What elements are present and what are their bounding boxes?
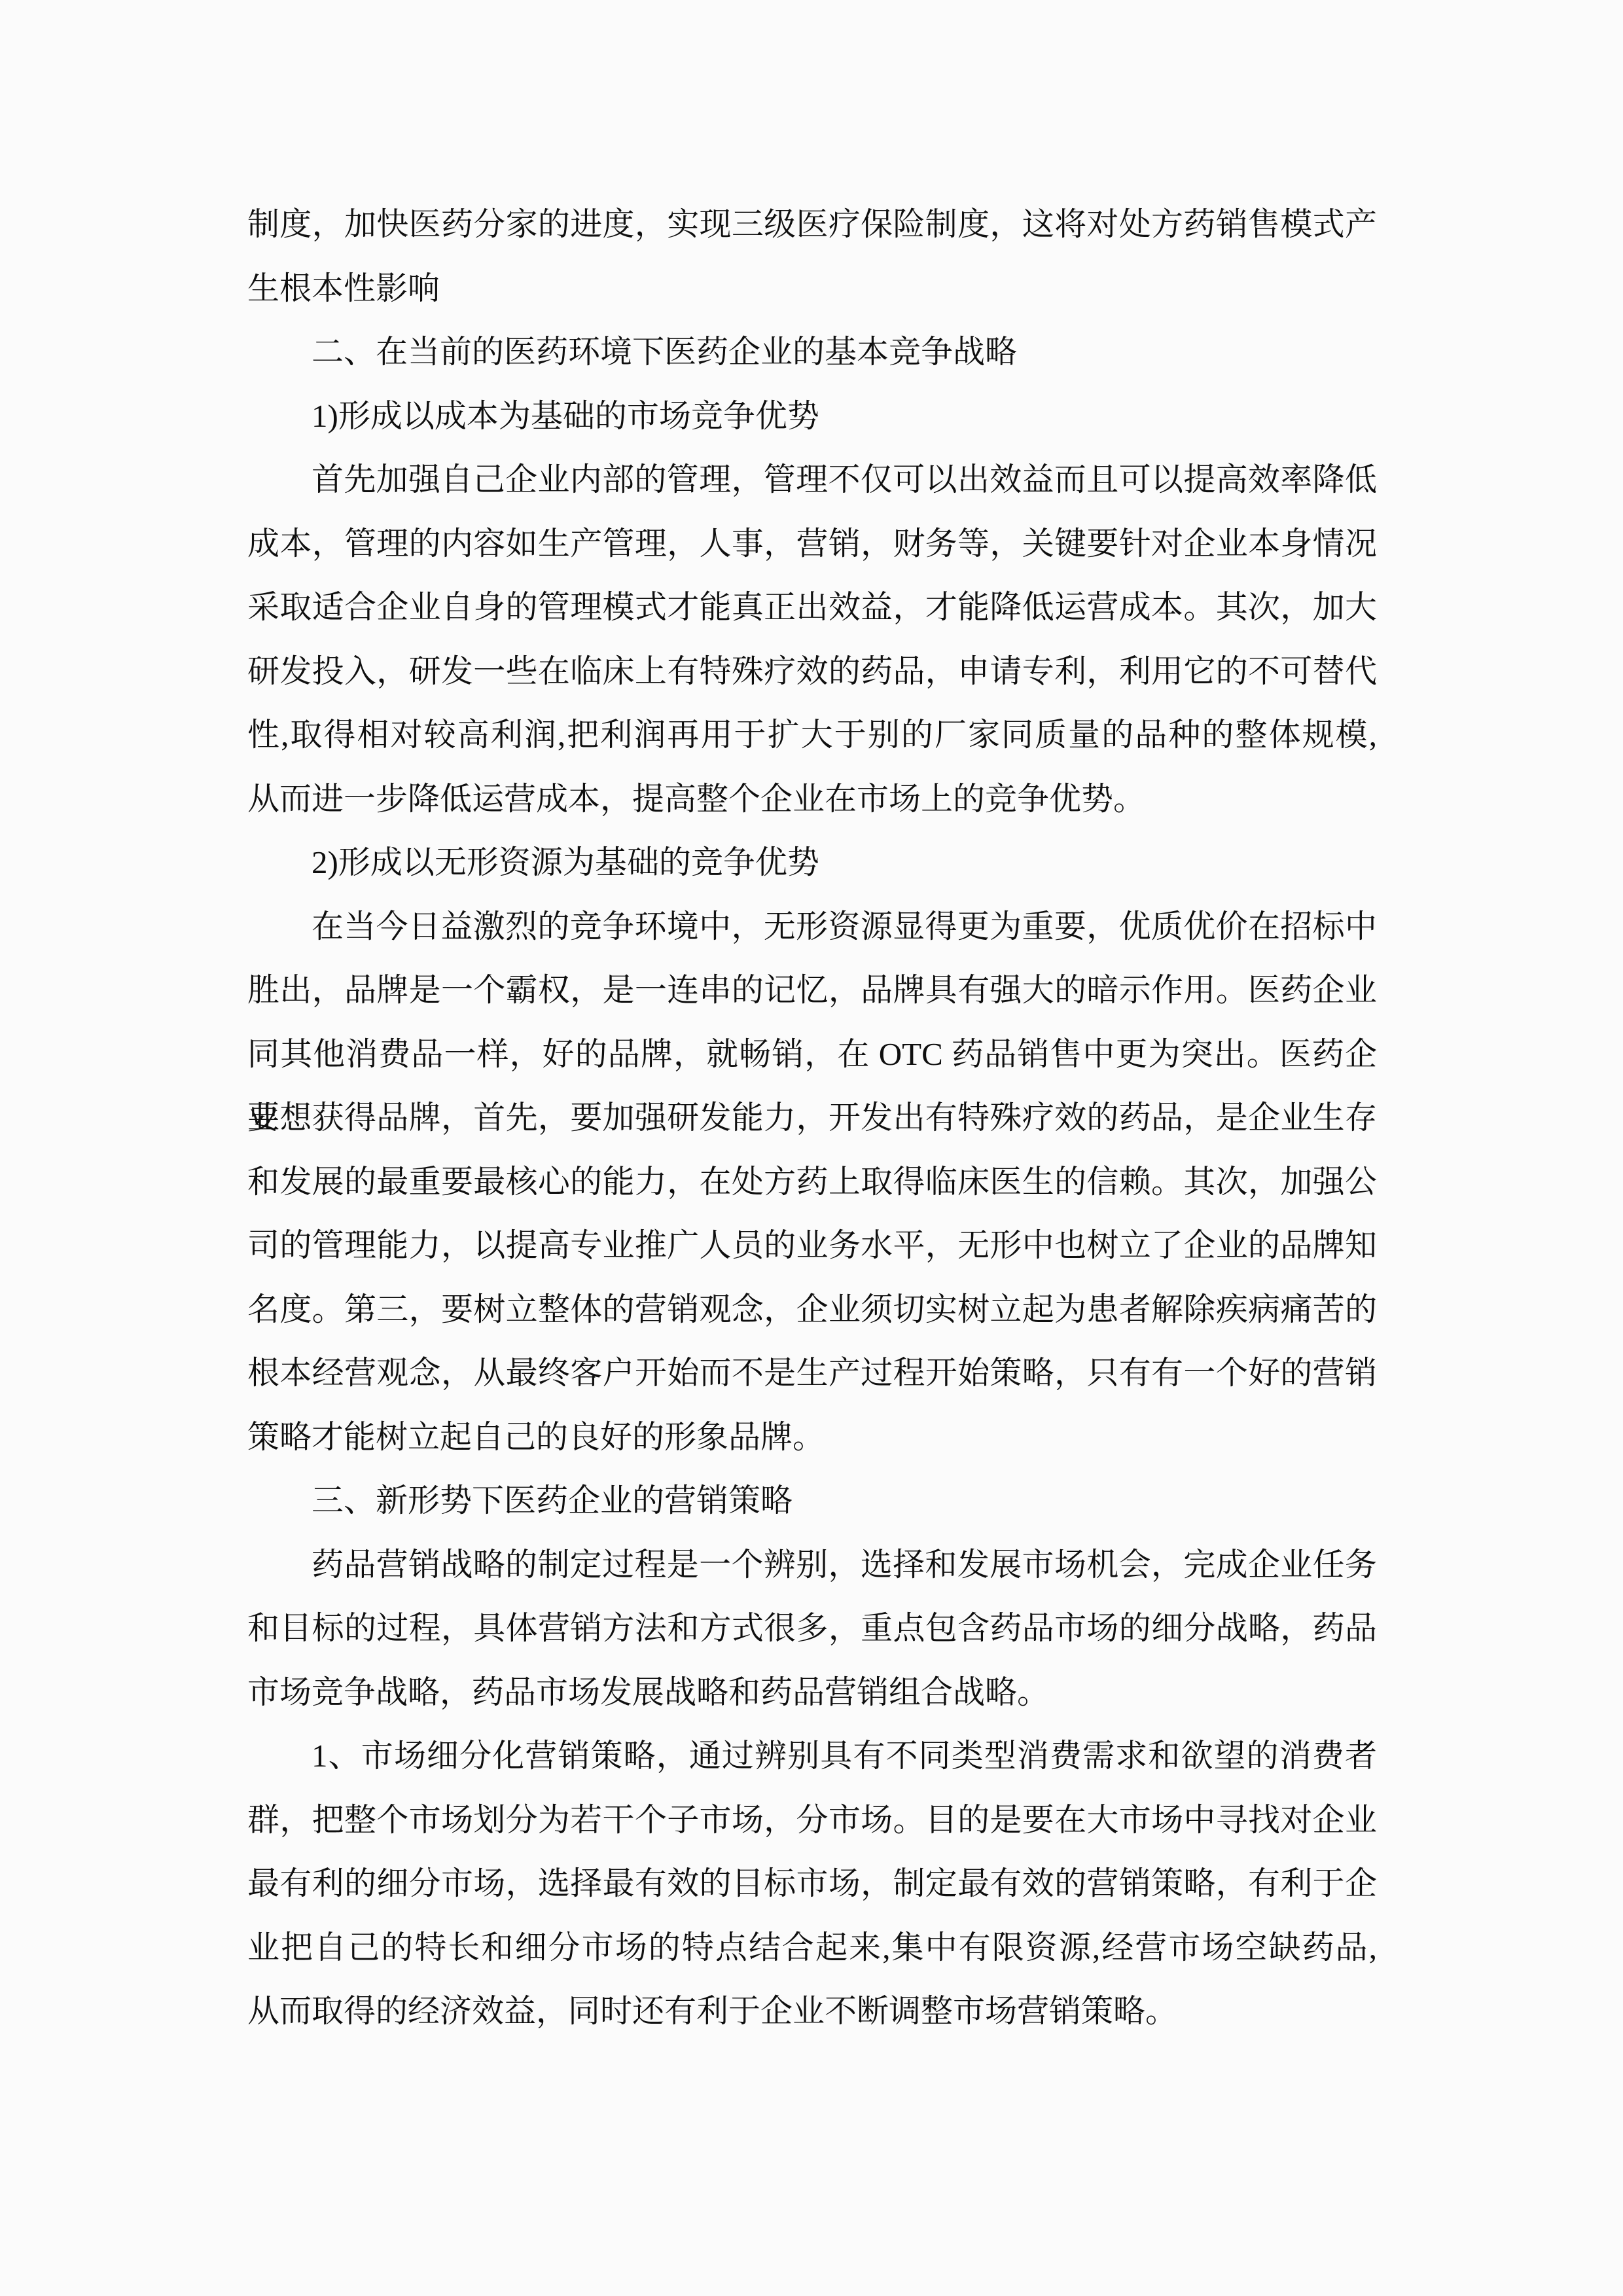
text-line: 市场竞争战略，药品市场发展战略和药品营销组合战略。 (247, 1660, 1377, 1725)
text-line: 研发投入，研发一些在临床上有特殊疗效的药品，申请专利，利用它的不可替代 (247, 639, 1377, 704)
text-line: 制度，加快医药分家的进度，实现三级医疗保险制度，这将对处方药销售模式产 (247, 192, 1377, 257)
text-line: 从而进一步降低运营成本，提高整个企业在市场上的竞争优势。 (247, 767, 1377, 831)
text-line: 最有利的细分市场，选择最有效的目标市场，制定最有效的营销策略，有利于企 (247, 1852, 1377, 1916)
text-line: 策略才能树立起自己的良好的形象品牌。 (247, 1405, 1377, 1469)
text-line: 性,取得相对较高利润,把利润再用于扩大于别的厂家同质量的品种的整体规模, (247, 703, 1377, 767)
text-line: 从而取得的经济效益，同时还有利于企业不断调整市场营销策略。 (247, 1979, 1377, 2043)
text-line: 1、市场细分化营销策略，通过辨别具有不同类型消费需求和欲望的消费者 (247, 1724, 1377, 1788)
text-block: 制度，加快医药分家的进度，实现三级医疗保险制度，这将对处方药销售模式产生根本性影… (247, 192, 1377, 2043)
text-line: 二、在当前的医药环境下医药企业的基本竞争战略 (247, 320, 1377, 384)
text-line: 和目标的过程，具体营销方法和方式很多，重点包含药品市场的细分战略，药品 (247, 1596, 1377, 1660)
text-line: 2)形成以无形资源为基础的竞争优势 (247, 831, 1377, 895)
document-page: 制度，加快医药分家的进度，实现三级医疗保险制度，这将对处方药销售模式产生根本性影… (0, 0, 1623, 2296)
text-line: 胜出，品牌是一个霸权，是一连串的记忆，品牌具有强大的暗示作用。医药企业 (247, 958, 1377, 1022)
text-line: 业把自己的特长和细分市场的特点结合起来,集中有限资源,经营市场空缺药品, (247, 1916, 1377, 1980)
text-line: 要想获得品牌，首先，要加强研发能力，开发出有特殊疗效的药品，是企业生存 (247, 1086, 1377, 1150)
text-line: 群，把整个市场划分为若干个子市场，分市场。目的是要在大市场中寻找对企业 (247, 1788, 1377, 1852)
text-line: 名度。第三，要树立整体的营销观念，企业须切实树立起为患者解除疾病痛苦的 (247, 1278, 1377, 1342)
text-line: 成本，管理的内容如生产管理，人事，营销，财务等，关键要针对企业本身情况 (247, 512, 1377, 576)
text-line: 生根本性影响 (247, 257, 1377, 321)
text-line: 采取适合企业自身的管理模式才能真正出效益，才能降低运营成本。其次，加大 (247, 575, 1377, 639)
text-line: 根本经营观念，从最终客户开始而不是生产过程开始策略，只有有一个好的营销 (247, 1341, 1377, 1405)
text-line: 同其他消费品一样，好的品牌，就畅销，在 OTC 药品销售中更为突出。医药企业 (247, 1022, 1377, 1086)
text-line: 和发展的最重要最核心的能力，在处方药上取得临床医生的信赖。其次，加强公 (247, 1150, 1377, 1214)
text-line: 1)形成以成本为基础的市场竞争优势 (247, 384, 1377, 448)
text-line: 首先加强自己企业内部的管理，管理不仅可以出效益而且可以提高效率降低 (247, 448, 1377, 512)
text-line: 在当今日益激烈的竞争环境中，无形资源显得更为重要，优质优价在招标中 (247, 895, 1377, 959)
text-line: 三、新形势下医药企业的营销策略 (247, 1469, 1377, 1533)
text-line: 药品营销战略的制定过程是一个辨别，选择和发展市场机会，完成企业任务 (247, 1533, 1377, 1597)
text-line: 司的管理能力，以提高专业推广人员的业务水平，无形中也树立了企业的品牌知 (247, 1213, 1377, 1278)
